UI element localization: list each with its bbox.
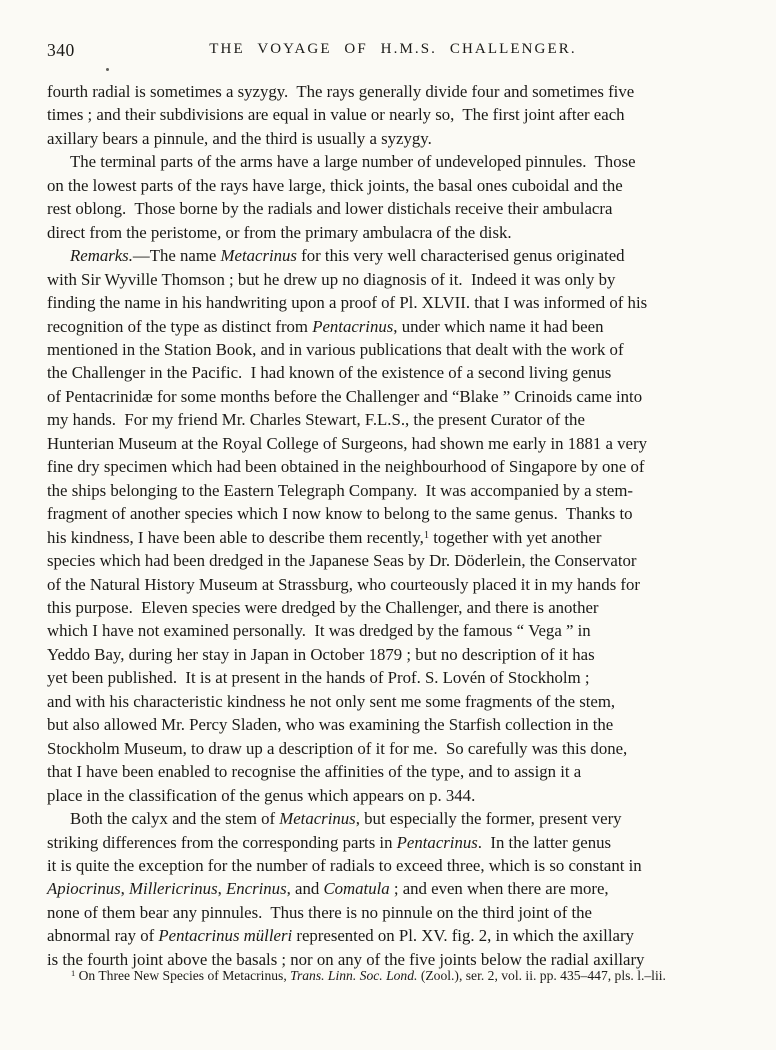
text-line: yet been published. It is at present in … xyxy=(47,666,739,689)
italic-text: Pentacrinus xyxy=(397,833,478,852)
text-segment: together with yet another xyxy=(429,528,601,547)
text-segment: but also allowed Mr. Percy Sladen, who w… xyxy=(47,715,613,734)
text-line: which I have not examined personally. It… xyxy=(47,619,739,642)
text-segment: axillary bears a pinnule, and the third … xyxy=(47,129,432,148)
text-segment: species which had been dredged in the Ja… xyxy=(47,551,637,570)
scan-speck xyxy=(106,68,109,71)
text-segment: , xyxy=(218,879,226,898)
text-line: times ; and their subdivisions are equal… xyxy=(47,103,739,126)
text-segment: striking differences from the correspond… xyxy=(47,833,397,852)
text-segment: , but especially the former, present ver… xyxy=(356,809,622,828)
text-line: Remarks.—The name Metacrinus for this ve… xyxy=(47,244,739,267)
text-segment: , under which name it had been xyxy=(393,317,603,336)
text-segment: and with his characteristic kindness he … xyxy=(47,692,615,711)
text-line: that I have been enabled to recognise th… xyxy=(47,760,739,783)
text-segment: . In the latter genus xyxy=(478,833,611,852)
text-line: striking differences from the correspond… xyxy=(47,831,739,854)
text-segment: of Pentacrinidæ for some months before t… xyxy=(47,387,642,406)
text-line: place in the classification of the genus… xyxy=(47,784,739,807)
text-segment: of the Natural History Museum at Strassb… xyxy=(47,575,640,594)
footnote-ref: 1 xyxy=(71,968,75,978)
text-line: none of them bear any pinnules. Thus the… xyxy=(47,901,739,924)
text-line: rest oblong. Those borne by the radials … xyxy=(47,197,739,220)
italic-text: Millericrinus xyxy=(129,879,218,898)
text-segment: none of them bear any pinnules. Thus the… xyxy=(47,903,592,922)
text-line: but also allowed Mr. Percy Sladen, who w… xyxy=(47,713,739,736)
text-line: fine dry specimen which had been obtaine… xyxy=(47,455,739,478)
text-line: his kindness, I have been able to descri… xyxy=(47,526,739,549)
text-segment: that I have been enabled to recognise th… xyxy=(47,762,581,781)
text-line: Hunterian Museum at the Royal College of… xyxy=(47,432,739,455)
text-line: Apiocrinus, Millericrinus, Encrinus, and… xyxy=(47,877,739,900)
text-line: recognition of the type as distinct from… xyxy=(47,315,739,338)
text-line: it is quite the exception for the number… xyxy=(47,854,739,877)
text-line: axillary bears a pinnule, and the third … xyxy=(47,127,739,150)
text-line: of the Natural History Museum at Strassb… xyxy=(47,573,739,596)
text-segment: , xyxy=(121,879,129,898)
text-line: with Sir Wyville Thomson ; but he drew u… xyxy=(47,268,739,291)
text-segment: for this very well characterised genus o… xyxy=(297,246,625,265)
text-segment: yet been published. It is at present in … xyxy=(47,668,590,687)
text-segment: the ships belonging to the Eastern Teleg… xyxy=(47,481,633,500)
text-line: Yeddo Bay, during her stay in Japan in O… xyxy=(47,643,739,666)
text-line: my hands. For my friend Mr. Charles Stew… xyxy=(47,408,739,431)
text-line: fourth radial is sometimes a syzygy. The… xyxy=(47,80,739,103)
italic-text: Pentacrinus mülleri xyxy=(158,926,292,945)
text-segment: The terminal parts of the arms have a la… xyxy=(70,152,636,171)
text-segment: this purpose. Eleven species were dredge… xyxy=(47,598,599,617)
text-line: mentioned in the Station Book, and in va… xyxy=(47,338,739,361)
footnote: 1 On Three New Species of Metacrinus, Tr… xyxy=(47,967,739,984)
book-page: 340 THE VOYAGE OF H.M.S. CHALLENGER. fou… xyxy=(0,0,776,1050)
text-segment: abnormal ray of xyxy=(47,926,158,945)
italic-text: Trans. Linn. Soc. Lond. xyxy=(290,968,417,983)
text-segment: fine dry specimen which had been obtaine… xyxy=(47,457,644,476)
text-segment: mentioned in the Station Book, and in va… xyxy=(47,340,624,359)
text-segment: times ; and their subdivisions are equal… xyxy=(47,105,625,124)
text-segment: represented on Pl. XV. fig. 2, in which … xyxy=(292,926,634,945)
italic-text: Metacrinus xyxy=(279,809,355,828)
text-line: Stockholm Museum, to draw up a descripti… xyxy=(47,737,739,760)
text-line: the Challenger in the Pacific. I had kno… xyxy=(47,361,739,384)
text-segment: , and xyxy=(287,879,324,898)
italic-text: Metacrinus xyxy=(221,246,297,265)
text-line: on the lowest parts of the rays have lar… xyxy=(47,174,739,197)
footnote-ref: 1 xyxy=(424,530,429,541)
text-segment: Yeddo Bay, during her stay in Japan in O… xyxy=(47,645,595,664)
italic-text: Pentacrinus xyxy=(312,317,393,336)
text-line: and with his characteristic kindness he … xyxy=(47,690,739,713)
text-segment: which I have not examined personally. It… xyxy=(47,621,591,640)
text-segment: fragment of another species which I now … xyxy=(47,504,633,523)
text-segment: his kindness, I have been able to descri… xyxy=(47,528,424,547)
text-segment: Hunterian Museum at the Royal College of… xyxy=(47,434,647,453)
italic-text: Comatula xyxy=(323,879,389,898)
text-line: fragment of another species which I now … xyxy=(47,502,739,525)
body-text: fourth radial is sometimes a syzygy. The… xyxy=(47,80,739,971)
page-number: 340 xyxy=(47,40,75,61)
text-segment: my hands. For my friend Mr. Charles Stew… xyxy=(47,410,585,429)
text-segment: ; and even when there are more, xyxy=(390,879,609,898)
text-segment: place in the classification of the genus… xyxy=(47,786,475,805)
text-segment: rest oblong. Those borne by the radials … xyxy=(47,199,612,218)
text-segment: it is quite the exception for the number… xyxy=(47,856,642,875)
text-line: the ships belonging to the Eastern Teleg… xyxy=(47,479,739,502)
text-segment: on the lowest parts of the rays have lar… xyxy=(47,176,623,195)
text-line: Both the calyx and the stem of Metacrinu… xyxy=(47,807,739,830)
text-line: finding the name in his handwriting upon… xyxy=(47,291,739,314)
text-line: species which had been dredged in the Ja… xyxy=(47,549,739,572)
text-segment: —The name xyxy=(133,246,221,265)
text-line: abnormal ray of Pentacrinus mülleri repr… xyxy=(47,924,739,947)
text-segment: recognition of the type as distinct from xyxy=(47,317,312,336)
text-segment: Stockholm Museum, to draw up a descripti… xyxy=(47,739,627,758)
italic-text: Encrinus xyxy=(226,879,287,898)
text-segment: On Three New Species of Metacrinus, xyxy=(75,968,290,983)
text-segment: Both the calyx and the stem of xyxy=(70,809,279,828)
text-line: 1 On Three New Species of Metacrinus, Tr… xyxy=(47,967,739,984)
italic-text: Remarks. xyxy=(70,246,133,265)
text-segment: is the fourth joint above the basals ; n… xyxy=(47,950,644,969)
text-segment: fourth radial is sometimes a syzygy. The… xyxy=(47,82,634,101)
text-segment: the Challenger in the Pacific. I had kno… xyxy=(47,363,611,382)
page-header: 340 THE VOYAGE OF H.M.S. CHALLENGER. xyxy=(47,40,739,62)
text-line: this purpose. Eleven species were dredge… xyxy=(47,596,739,619)
text-line: The terminal parts of the arms have a la… xyxy=(47,150,739,173)
text-segment: direct from the peristome, or from the p… xyxy=(47,223,512,242)
text-segment: finding the name in his handwriting upon… xyxy=(47,293,647,312)
text-line: direct from the peristome, or from the p… xyxy=(47,221,739,244)
text-segment: with Sir Wyville Thomson ; but he drew u… xyxy=(47,270,615,289)
running-title: THE VOYAGE OF H.M.S. CHALLENGER. xyxy=(47,40,739,58)
italic-text: Apiocrinus xyxy=(47,879,121,898)
text-line: of Pentacrinidæ for some months before t… xyxy=(47,385,739,408)
text-segment: (Zool.), ser. 2, vol. ii. pp. 435–447, p… xyxy=(417,968,665,983)
